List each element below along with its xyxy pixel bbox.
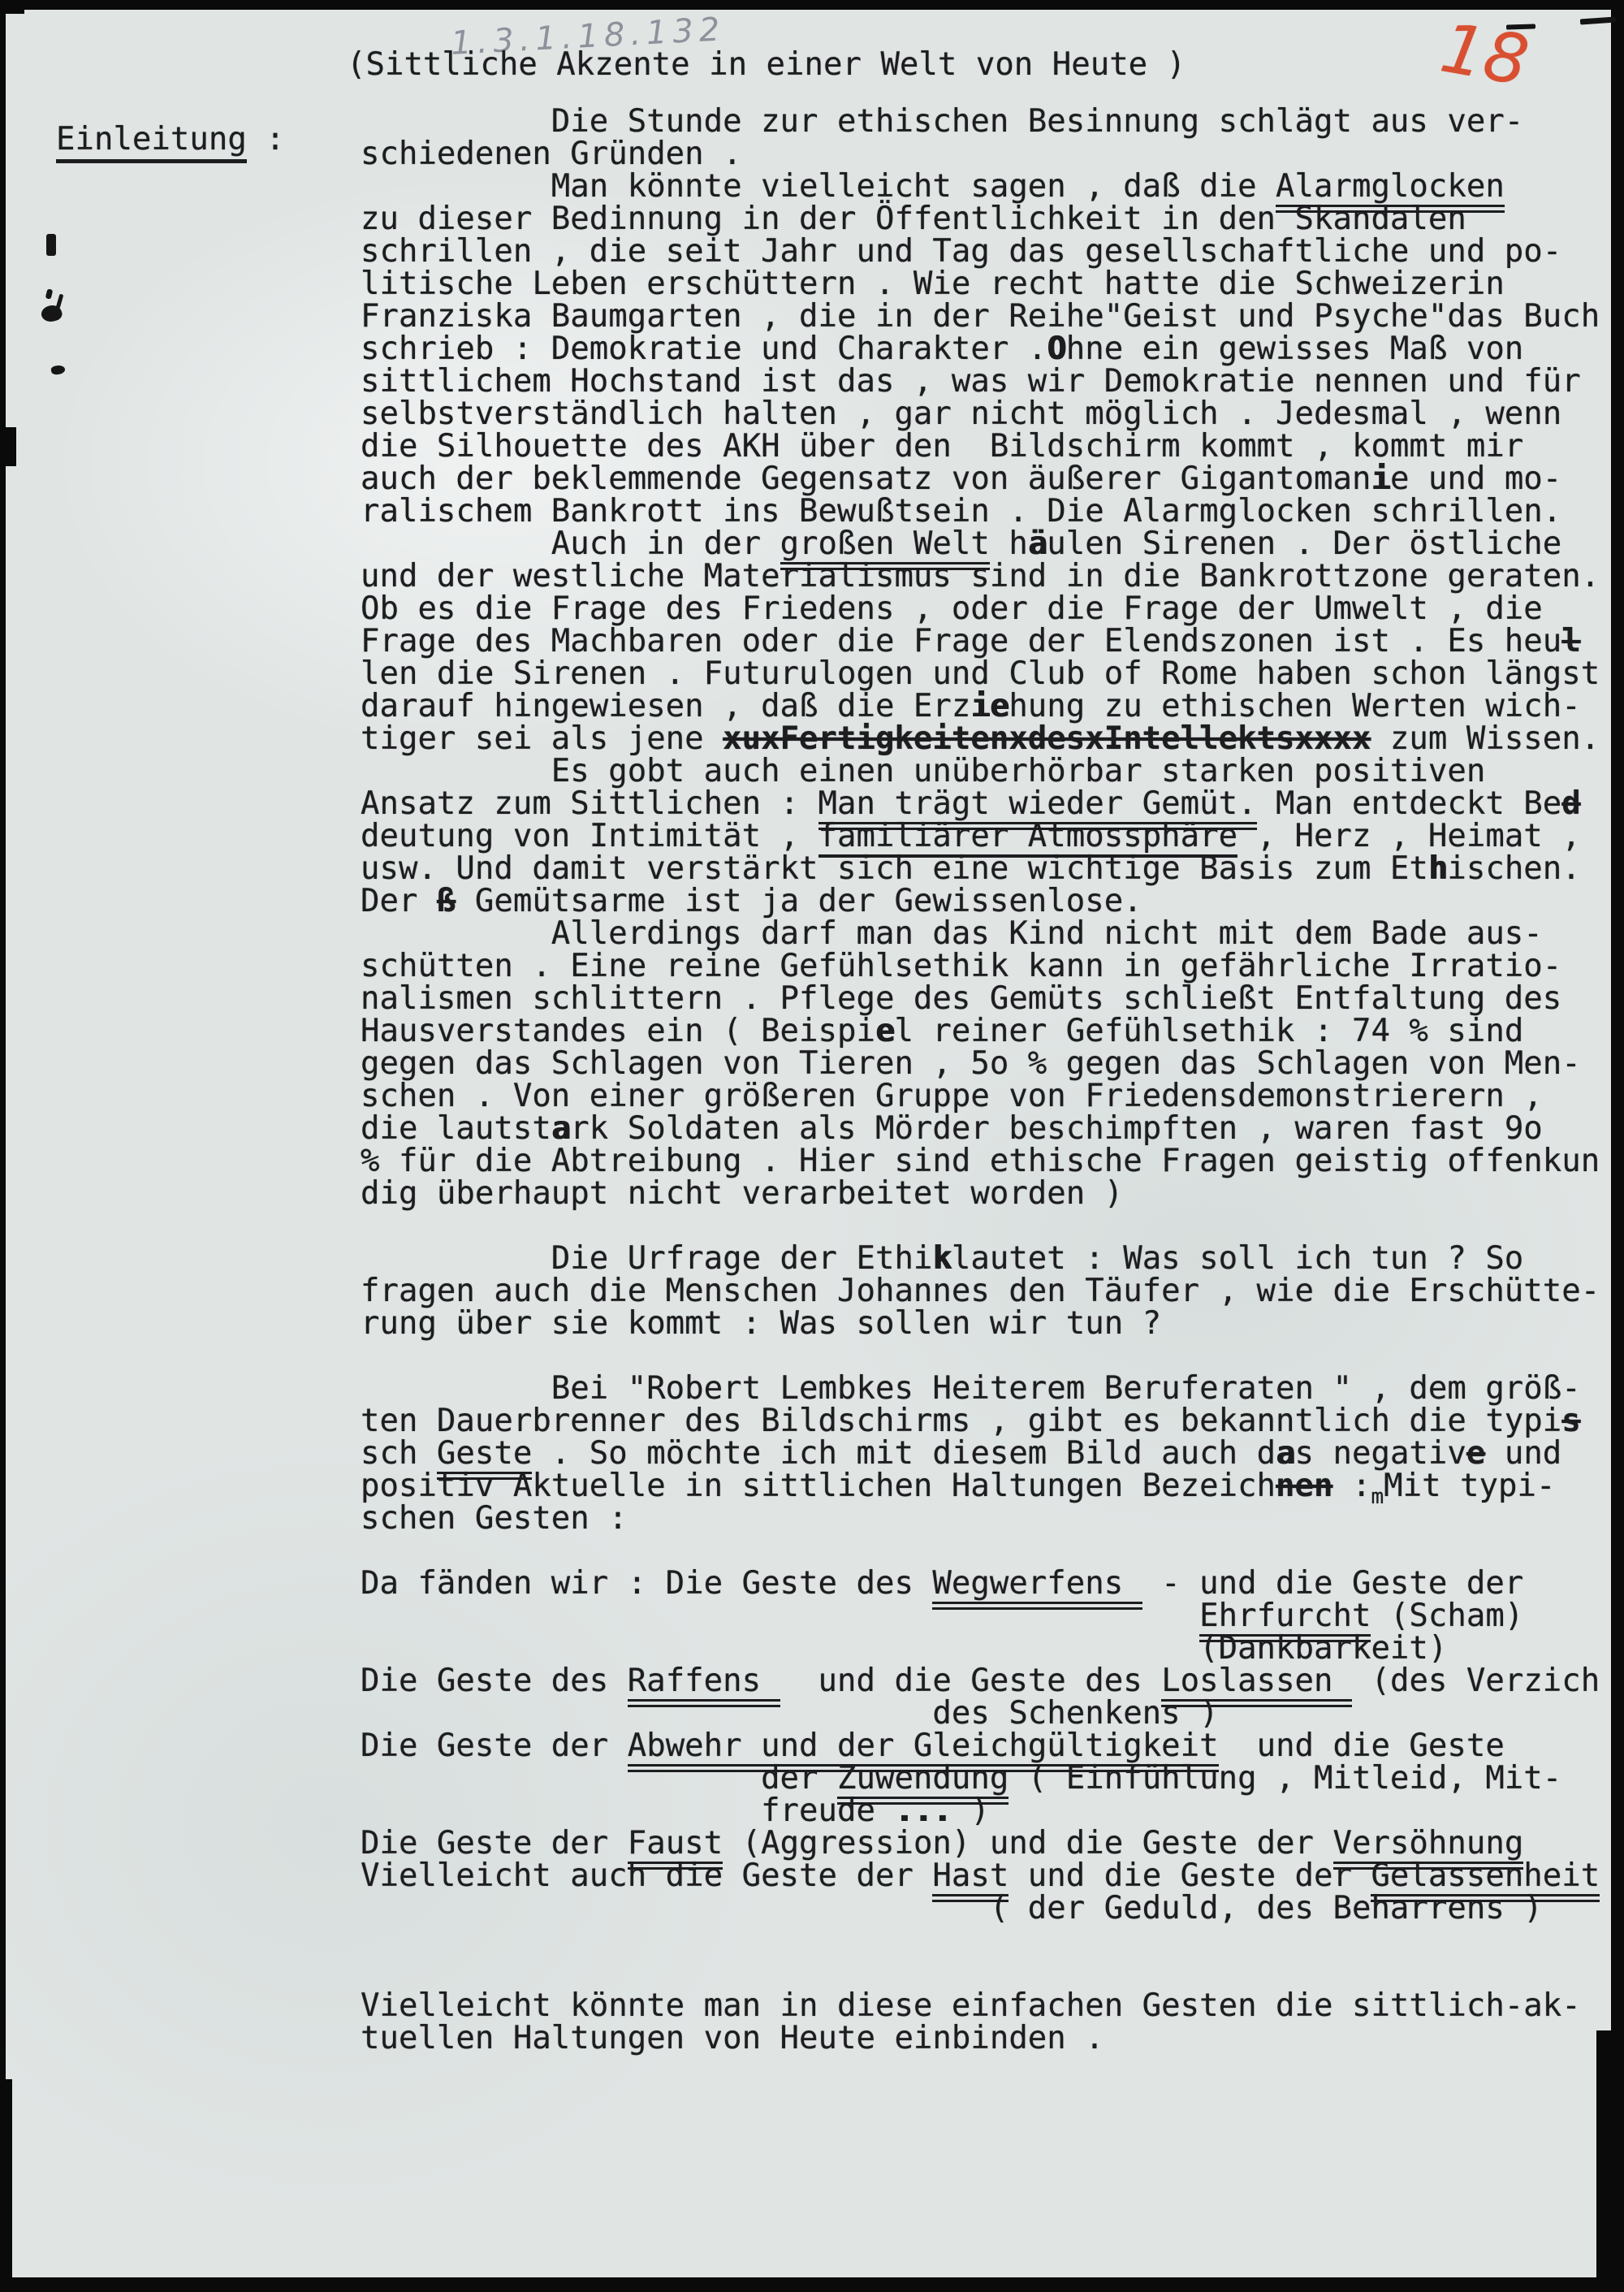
margin-ink-mark bbox=[56, 294, 64, 309]
text-line: der Zuwendung ( Einfühlung , Mitleid, Mi… bbox=[361, 1762, 1600, 1795]
text-line: Die Stunde zur ethischen Besinnung schlä… bbox=[361, 106, 1600, 138]
text-line: fragen auch die Menschen Johannes den Tä… bbox=[361, 1275, 1600, 1308]
scan-border-top bbox=[0, 0, 1624, 10]
text-line: deutung von Intimität , familiärer Atmos… bbox=[361, 820, 1600, 853]
scanned-typewritten-page: { "header": { "classification_number": "… bbox=[0, 0, 1624, 2292]
text-line: Es gobt auch einen unüberhörbar starken … bbox=[361, 755, 1600, 788]
text-line: sittlichem Hochstand ist das , was wir D… bbox=[361, 365, 1600, 398]
text-line: Die Geste des Raffens und die Geste des … bbox=[361, 1665, 1600, 1697]
document-title: (Sittliche Akzente in einer Welt von Heu… bbox=[347, 49, 1186, 81]
text-line: (Dankbarkeit) bbox=[361, 1633, 1600, 1665]
text-line: die lautstark Soldaten als Mörder beschi… bbox=[361, 1113, 1600, 1145]
text-line: nalismen schlittern . Pflege des Gemüts … bbox=[361, 983, 1600, 1015]
section-label: Einleitung : bbox=[56, 123, 285, 156]
text-line: sch Geste . So möchte ich mit diesem Bil… bbox=[361, 1438, 1600, 1470]
scan-border-right-lower bbox=[1596, 2030, 1624, 2292]
margin-ink-mark bbox=[46, 234, 56, 256]
text-line bbox=[361, 1210, 1600, 1243]
text-line: Hausverstandes ein ( Beispiel reiner Gef… bbox=[361, 1015, 1600, 1048]
scan-border-corner bbox=[0, 0, 24, 14]
text-line: Bei "Robert Lembkes Heiterem Beruferaten… bbox=[361, 1373, 1600, 1405]
text-line: Vielleicht könnte man in diese einfachen… bbox=[361, 1990, 1600, 2022]
text-line: Die Geste der Faust (Aggression) und die… bbox=[361, 1827, 1600, 1860]
text-line: len die Sirenen . Futurulogen und Club o… bbox=[361, 658, 1600, 690]
text-line: Frage des Machbaren oder die Frage der E… bbox=[361, 625, 1600, 658]
section-label-colon: : bbox=[247, 121, 285, 158]
margin-ink-mark bbox=[45, 288, 54, 299]
text-line: Die Urfrage der Ethiklautet : Was soll i… bbox=[361, 1243, 1600, 1275]
text-line: schütten . Eine reine Gefühlsethik kann … bbox=[361, 950, 1600, 983]
text-line: schrieb : Demokratie und Charakter .Ohne… bbox=[361, 333, 1600, 365]
text-line: litische Leben erschüttern . Wie recht h… bbox=[361, 268, 1600, 301]
text-line: und der westliche Materialismus sind in … bbox=[361, 560, 1600, 593]
text-line: usw. Und damit verstärkt sich eine wicht… bbox=[361, 853, 1600, 885]
text-line: positiv Aktuelle in sittlichen Haltungen… bbox=[361, 1470, 1600, 1503]
typewritten-body: Die Stunde zur ethischen Besinnung schlä… bbox=[361, 106, 1600, 2055]
scan-border-left-notch bbox=[0, 427, 16, 466]
handwritten-page-number: 18 bbox=[1435, 10, 1534, 102]
text-line bbox=[361, 1535, 1600, 1568]
text-line: zu dieser Bedinnung in der Öffentlichkei… bbox=[361, 203, 1600, 236]
text-line: Ansatz zum Sittlichen : Man trägt wieder… bbox=[361, 788, 1600, 820]
text-line: auch der beklemmende Gegensatz von äußer… bbox=[361, 463, 1600, 495]
text-line bbox=[361, 1957, 1600, 1990]
scan-border-right bbox=[1611, 0, 1624, 2292]
text-line bbox=[361, 1340, 1600, 1373]
text-line: Vielleicht auch die Geste der Hast und d… bbox=[361, 1860, 1600, 1892]
text-line: des Schenkens ) bbox=[361, 1697, 1600, 1730]
text-line: schen . Von einer größeren Gruppe von Fr… bbox=[361, 1080, 1600, 1113]
margin-ink-mark bbox=[50, 365, 66, 376]
text-line: Man könnte vielleicht sagen , daß die Al… bbox=[361, 171, 1600, 203]
text-line: tiger sei als jene xuxFertigkeitenxdesxI… bbox=[361, 723, 1600, 755]
section-label-text: Einleitung bbox=[56, 121, 247, 163]
scan-border-bottom bbox=[0, 2277, 1624, 2292]
scan-border-left bbox=[0, 0, 6, 2292]
text-line: schiedenen Gründen . bbox=[361, 138, 1600, 171]
text-line: tuellen Haltungen von Heute einbinden . bbox=[361, 2022, 1600, 2055]
text-line: Die Geste der Abwehr und der Gleichgülti… bbox=[361, 1730, 1600, 1762]
text-line: ten Dauerbrenner des Bildschirms , gibt … bbox=[361, 1405, 1600, 1438]
text-line bbox=[361, 1925, 1600, 1957]
text-line: Ehrfurcht (Scham) bbox=[361, 1600, 1600, 1633]
paper-sheet: 1.3.1.18.132 18 (Sittliche Akzente in ei… bbox=[6, 10, 1611, 2279]
text-line: schen Gesten : bbox=[361, 1503, 1600, 1535]
text-line: freude ... ) bbox=[361, 1795, 1600, 1827]
text-line: ralischem Bankrott ins Bewußtsein . Die … bbox=[361, 495, 1600, 528]
text-line: Da fänden wir : Die Geste des Wegwerfens… bbox=[361, 1568, 1600, 1600]
text-line: die Silhouette des AKH über den Bildschi… bbox=[361, 430, 1600, 463]
text-line: darauf hingewiesen , daß die Erziehung z… bbox=[361, 690, 1600, 723]
text-line: Ob es die Frage des Friedens , oder die … bbox=[361, 593, 1600, 625]
text-line: Auch in der großen Welt häulen Sirenen .… bbox=[361, 528, 1600, 560]
text-line: ( der Geduld, des Beharrens ) bbox=[361, 1892, 1600, 1925]
text-line: Franziska Baumgarten , die in der Reihe"… bbox=[361, 301, 1600, 333]
scan-border-left-lower bbox=[0, 2079, 12, 2292]
text-line: rung über sie kommt : Was sollen wir tun… bbox=[361, 1308, 1600, 1340]
text-line: selbstverständlich halten , gar nicht mö… bbox=[361, 398, 1600, 430]
text-line: Allerdings darf man das Kind nicht mit d… bbox=[361, 918, 1600, 950]
text-line: dig überhaupt nicht verarbeitet worden ) bbox=[361, 1178, 1600, 1210]
scan-artifact-dash bbox=[1506, 24, 1535, 29]
text-line: gegen das Schlagen von Tieren , 5o % geg… bbox=[361, 1048, 1600, 1080]
text-line: % für die Abtreibung . Hier sind ethisch… bbox=[361, 1145, 1600, 1178]
text-line: Der ß Gemütsarme ist ja der Gewissenlose… bbox=[361, 885, 1600, 918]
text-line: schrillen , die seit Jahr und Tag das ge… bbox=[361, 236, 1600, 268]
